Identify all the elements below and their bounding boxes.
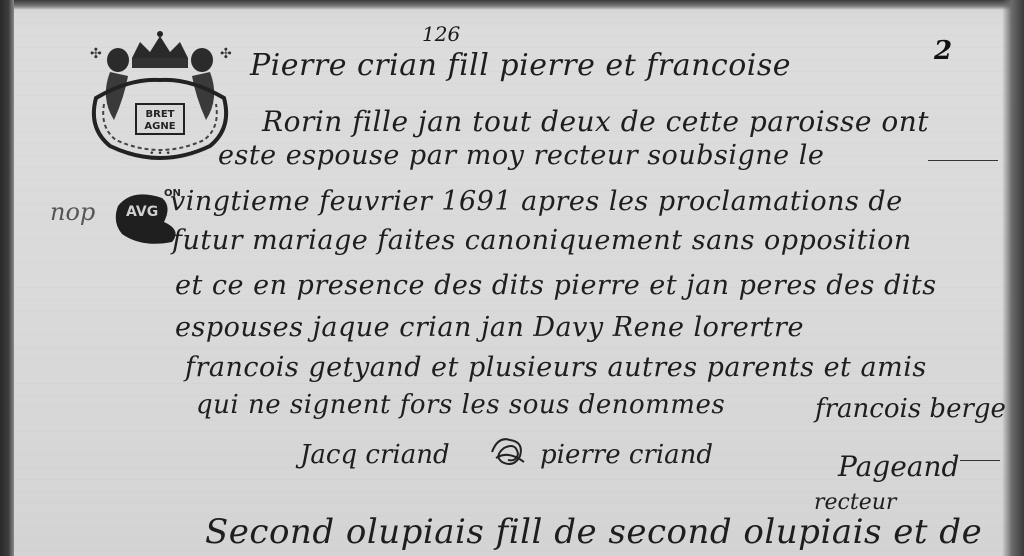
svg-text:• • •: • • • <box>149 149 171 159</box>
signature-jacq-criand: Jacq criand <box>300 440 450 470</box>
stamp-text-line1: BRET <box>146 109 175 120</box>
text-line-8: francois getyand et plusieurs autres par… <box>185 352 927 383</box>
text-line-2: Rorin fille jan tout deux de cette paroi… <box>262 105 929 138</box>
next-entry-start: Second olupiais fill de second olupiais … <box>205 512 982 552</box>
svg-text:AVG: AVG <box>126 204 158 220</box>
svg-text:✣: ✣ <box>220 46 232 62</box>
text-line-9: qui ne signent fors les sous denommes <box>196 390 725 420</box>
svg-text:✣: ✣ <box>90 46 102 62</box>
stamp-text-line2: AGNE <box>144 121 175 132</box>
signature-pageand: Pageand <box>838 450 959 483</box>
signature-pierre-criand: pierre criand <box>540 440 713 470</box>
right-binding <box>1002 0 1024 556</box>
text-line-5: futur mariage faites canoniquement sans … <box>172 225 912 256</box>
mark-scribble-icon <box>488 432 532 472</box>
line-dash <box>928 160 998 161</box>
signature-flourish <box>960 460 1000 461</box>
document-page: 126 2 ✣ ✣ BRET AGNE • • • ON AVG nop Pie… <box>0 0 1024 556</box>
text-line-3: este espouse par moy recteur soubsigne l… <box>218 140 824 171</box>
text-line-7: espouses jaque crian jan Davy Rene lorer… <box>175 312 804 343</box>
corner-number: 2 <box>934 36 952 66</box>
text-line-6: et ce en presence des dits pierre et jan… <box>175 270 937 301</box>
left-binding <box>0 0 14 556</box>
text-line-4: vingtieme feuvrier 1691 apres les procla… <box>170 186 903 217</box>
folio-number: 126 <box>422 22 460 46</box>
page-top-edge <box>0 0 1024 10</box>
signature-francois-berge: francois berge <box>815 394 1006 424</box>
margin-note: nop <box>50 198 95 226</box>
text-line-1: Pierre crian fill pierre et francoise <box>250 48 791 83</box>
